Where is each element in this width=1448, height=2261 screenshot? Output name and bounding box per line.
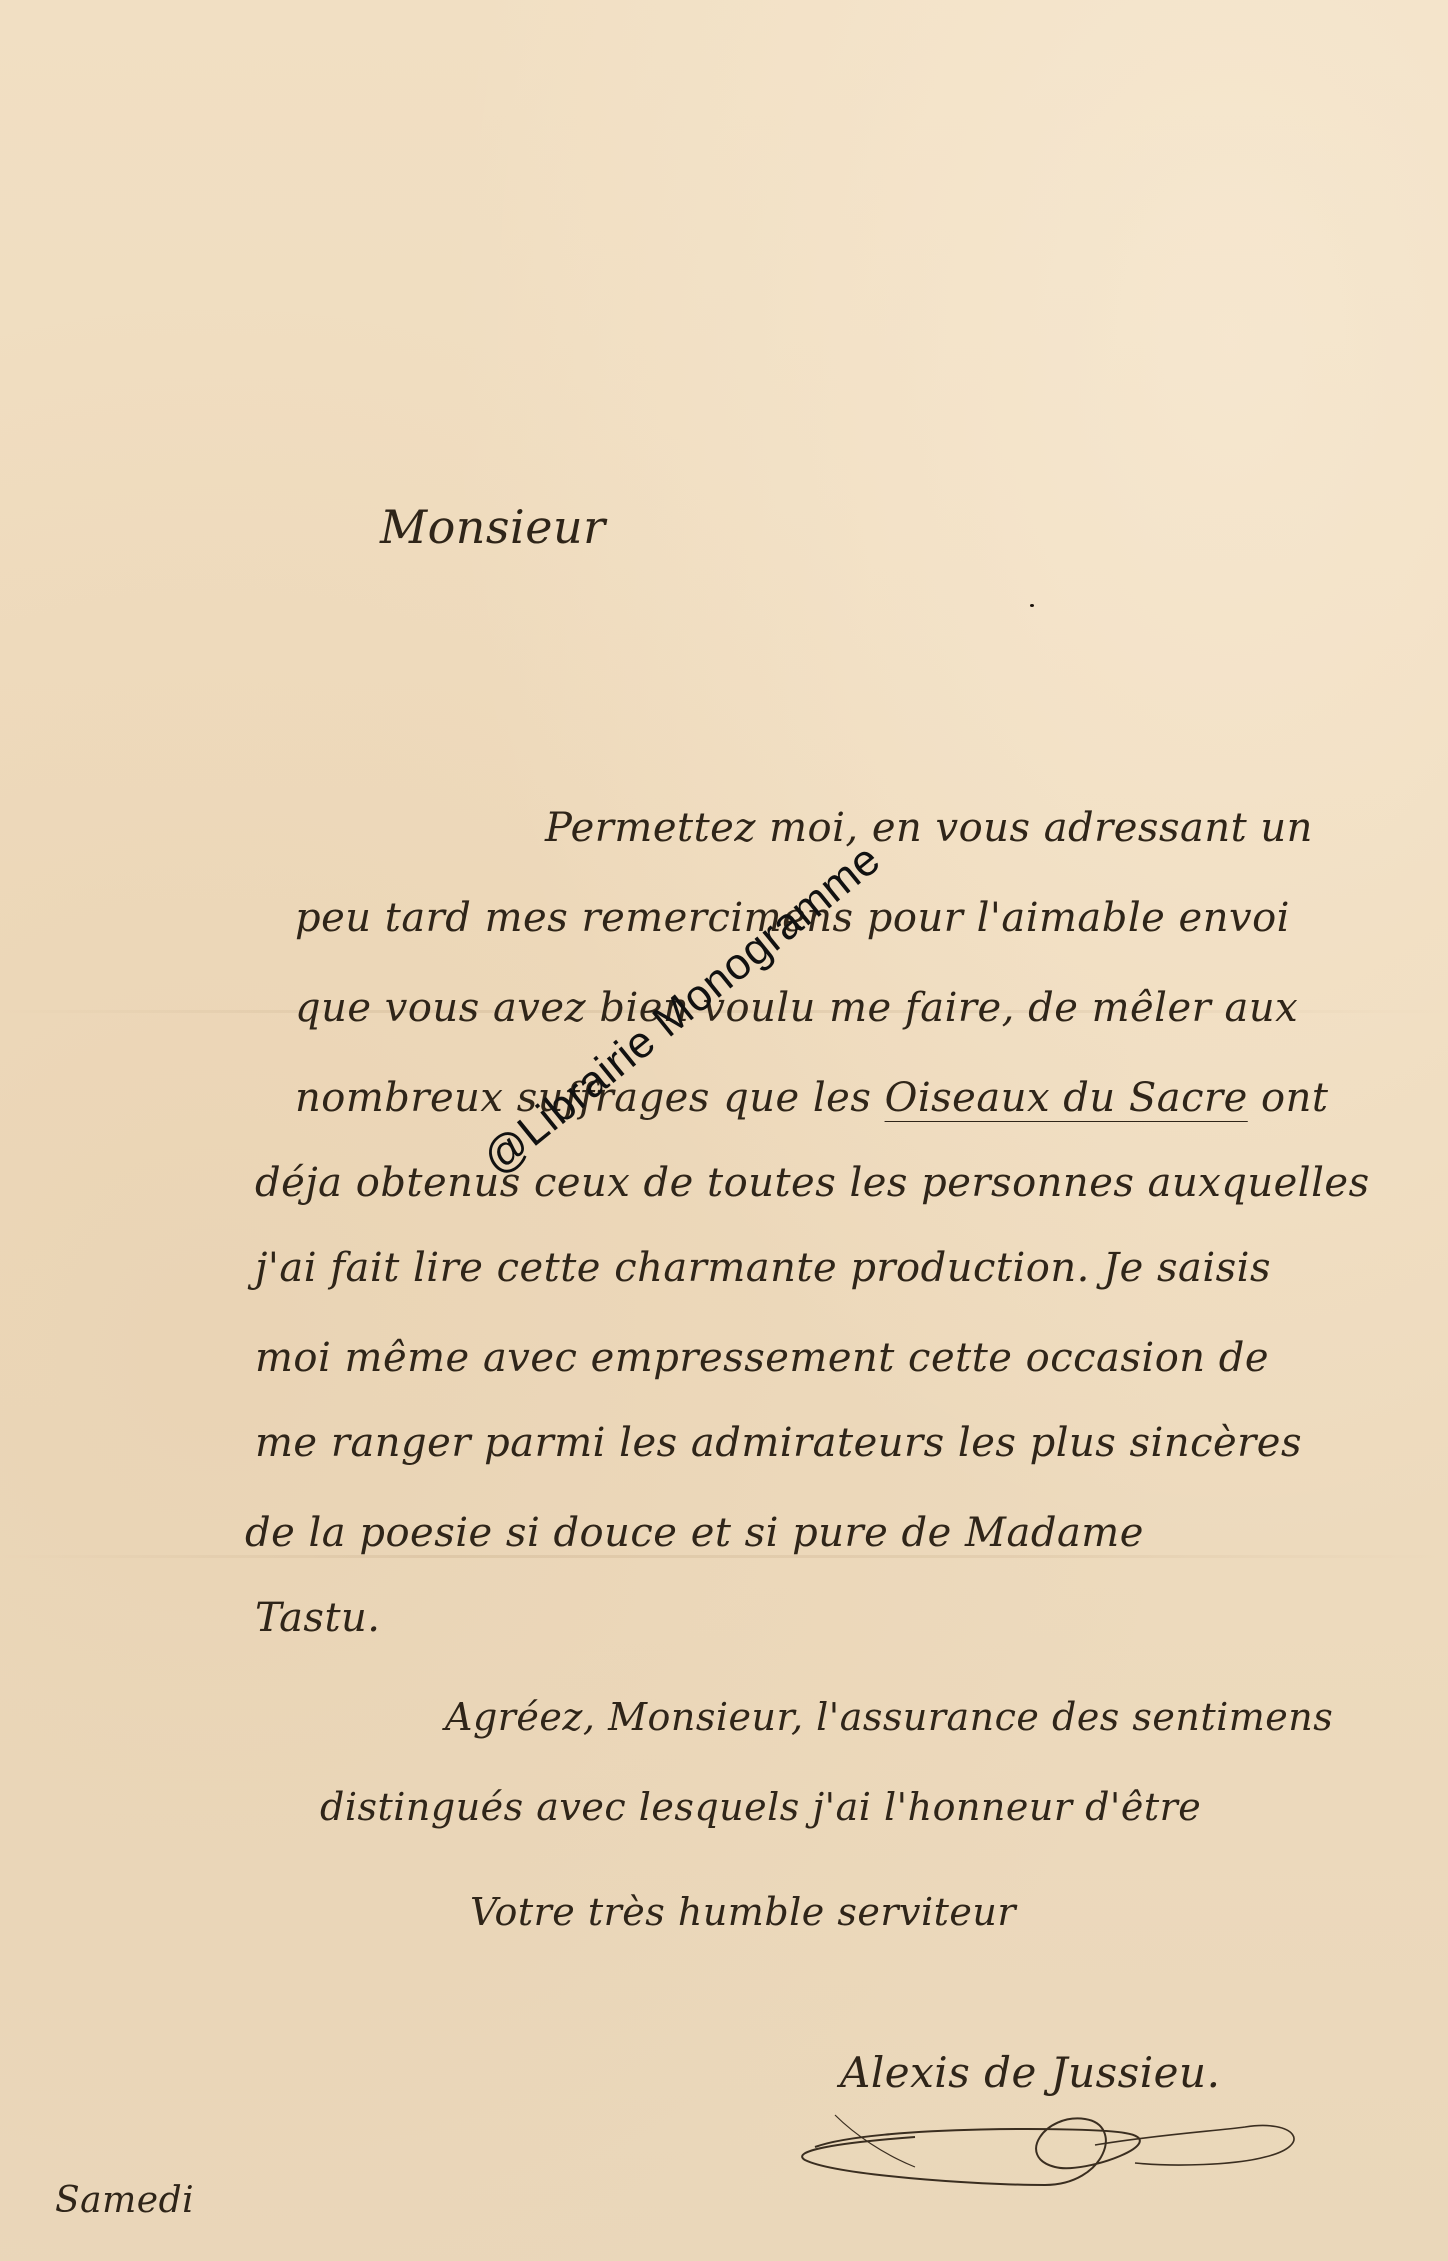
signature-flourish-icon xyxy=(795,2105,1355,2195)
underlined-title-oiseaux-du-sacre: Oiseaux du Sacre xyxy=(885,1075,1248,1121)
body-line-3: que vous avez bien voulu me faire, de mê… xyxy=(295,985,1298,1031)
signature: Alexis de Jussieu. xyxy=(840,2048,1220,2097)
body-line-10: Tastu. xyxy=(255,1595,381,1641)
body-line-5: déja obtenus ceux de toutes les personne… xyxy=(255,1160,1370,1206)
closing-line-1: Agréez, Monsieur, l'assurance des sentim… xyxy=(445,1695,1333,1739)
salutation: Monsieur xyxy=(380,500,606,554)
closing-line-3: Votre très humble serviteur xyxy=(470,1890,1016,1934)
body-line-1: Permettez moi, en vous adressant un xyxy=(545,805,1313,851)
body-line-6: j'ai fait lire cette charmante productio… xyxy=(255,1245,1271,1291)
closing-line-2: distingués avec lesquels j'ai l'honneur … xyxy=(320,1785,1201,1829)
body-line-8: me ranger parmi les admirateurs les plus… xyxy=(255,1420,1302,1466)
body-line-9: de la poesie si douce et si pure de Mada… xyxy=(245,1510,1144,1556)
letter-page: Monsieur Permettez moi, en vous adressan… xyxy=(0,0,1448,2261)
body-line-4-end: ont xyxy=(1261,1075,1328,1121)
body-line-7: moi même avec empressement cette occasio… xyxy=(255,1335,1269,1381)
body-line-4: nombreux suffrages que les Oiseaux du Sa… xyxy=(295,1075,1328,1121)
date-samedi: Samedi xyxy=(55,2180,194,2221)
ink-speck xyxy=(1030,604,1034,607)
